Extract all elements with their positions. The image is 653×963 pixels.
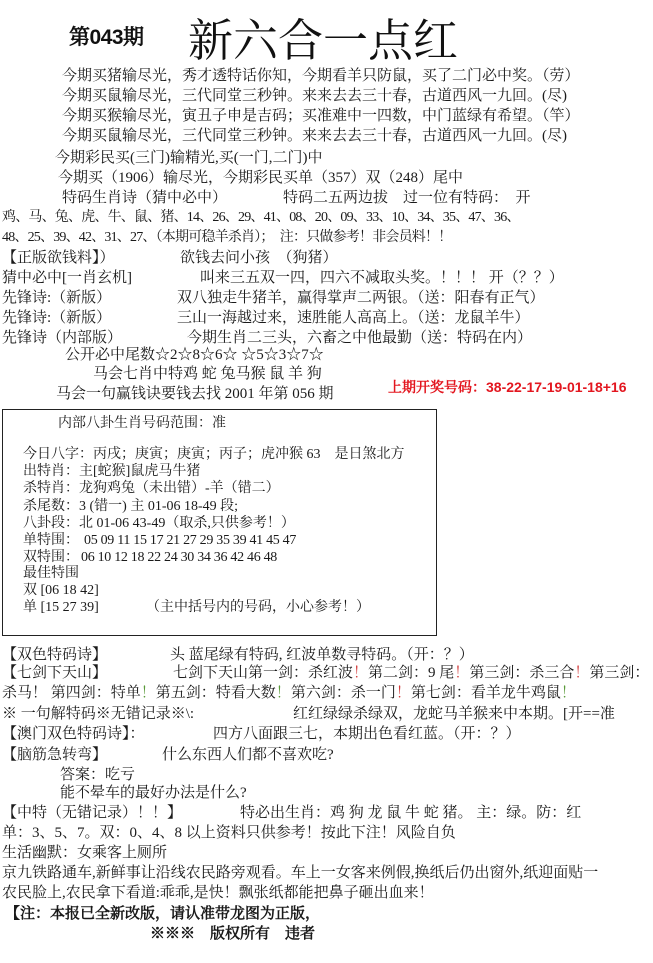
- bagua-note: （主中括号内的号码，小心参考！）: [146, 599, 370, 617]
- best-odd: 单 [15 27 39]: [23, 599, 99, 617]
- sword-text: 杀马！ 第四剑：特单: [2, 685, 141, 701]
- exclamation-mark: ！: [141, 685, 156, 701]
- poem-line: 今期买猪输尽光，秀才透特话你知，今期看羊只防鼠，买了二门必中奖。（劳）: [62, 67, 580, 85]
- best-even: 双 [06 18 42]: [23, 582, 99, 600]
- sword-text: 第二剑：9 尾: [368, 665, 454, 681]
- odd-range-label: 单特围：: [23, 532, 79, 550]
- exclamation-mark: ！: [574, 665, 589, 681]
- bagua-row: 今日八字：丙戌；庚寅；庚寅；丙子；虎冲猴 63 是日煞北方: [23, 446, 405, 464]
- exclamation-mark: ！: [276, 685, 291, 701]
- exclamation-mark: ！: [561, 685, 576, 701]
- seven-swords-line-2: 杀马！ 第四剑：特单！第五剑：特看大数！第六剑：杀一门！第七剑：看羊龙牛鸡鼠！: [2, 684, 576, 702]
- code-phrase-label: ※ 一句解特码※无错记录※\:: [2, 705, 194, 723]
- issue-number: 第043期: [69, 25, 144, 51]
- footer-copyright: ※※※ 版权所有 违者: [150, 925, 315, 943]
- money-label: 【正版欲钱料】）: [2, 249, 115, 267]
- intro-line-1: 今期彩民买(三门)输精光,买(一门,二门)中: [55, 149, 322, 167]
- guess-text: 叫来三五双一四，四六不减取头奖。！！！ 开（？？）: [200, 269, 564, 287]
- last-draw-label: 上期开奖号码：: [388, 379, 486, 395]
- pioneer-text: 双八独走牛猪羊，赢得掌声二两银。（送：阳春有正气）: [177, 289, 545, 307]
- bagua-row: 杀尾数：3 (错一) 主 01-06 18-49 段;: [23, 498, 238, 516]
- pioneer-text: 三山一海越过来，速胜能人高高上。（送：龙鼠羊牛）: [177, 309, 530, 327]
- bagua-title: 内部八卦生肖号码范围：准: [58, 415, 226, 433]
- sword-text: 七剑下天山第一剑：杀红波: [173, 665, 353, 681]
- last-draw-result: 上期开奖号码：38-22-17-19-01-18+16: [388, 378, 627, 396]
- poem-line: 今期买猴输尽光，寅丑子申是吉码；买准难中一四数，中门蓝绿有希望。（竿）: [62, 107, 580, 125]
- sword-text: 第五剑：特看大数: [156, 685, 276, 701]
- exclamation-mark: ！: [454, 665, 469, 681]
- code-phrase-text: 红红绿绿杀绿双，龙蛇马羊猴来中本期。[开==准: [293, 705, 615, 723]
- poem-line: 今期买鼠输尽光，三代同堂三秒钟。来来去去三十春，古道西风一九回。(尽): [62, 87, 567, 105]
- macau-poem-label: 【澳门双色特码诗】：: [2, 725, 145, 743]
- humor-line-1: 京九铁路通车,新鲜事让沿线农民路旁观看。车上一女客来例假,换纸后仍出窗外,纸迎面…: [2, 864, 598, 882]
- guess-label: 猜中必中[一肖玄机]: [2, 269, 132, 287]
- tail-numbers: 公开必中尾数☆2☆8☆6☆ ☆5☆3☆7☆: [65, 346, 324, 364]
- riddle-question-2: 能不晕车的最好办法是什么?: [60, 784, 247, 802]
- bagua-row: 八卦段：北 01-06 43-49（取杀,只供参考！）: [23, 515, 295, 533]
- seven-zodiac: 马会七肖中特鸡 蛇 兔马猴 鼠 羊 狗: [93, 365, 322, 383]
- odd-range-numbers: 05 09 11 15 17 21 27 29 35 39 41 45 47: [84, 532, 296, 550]
- numbers-line-1: 鸡、马、兔、虎、牛、鼠、猪、14、26、29、41、08、20、09、33、10…: [2, 209, 520, 227]
- bagua-row: 杀特肖：龙狗鸡兔（未出错）-羊（错二）: [23, 480, 280, 498]
- numbers-line-2: 48、25、39、42、31、27、（本期可稳羊杀肖）； 注：只做参考！非会员料…: [2, 229, 451, 247]
- pioneer-label: 先锋诗（内部版）: [2, 329, 122, 347]
- money-text: 欲钱去问小孩 （狗猪）: [180, 249, 338, 267]
- sword-text: 第三剑：: [589, 665, 649, 681]
- best-range-label: 最佳特围: [23, 565, 79, 583]
- macau-poem-text: 四方八面跟三七，本期出色看红蓝。（开：？）: [213, 725, 521, 743]
- riddle-answer: 答案：吃亏: [60, 766, 135, 784]
- special-label: 【中特（无错记录）！！】: [2, 804, 182, 822]
- riddle-question: 什么东西人们都不喜欢吃?: [162, 746, 334, 764]
- pioneer-label: 先锋诗:（新版）: [2, 309, 111, 327]
- intro-line-2: 今期买（1906）输尽光，今期彩民买单（357）双（248）尾中: [58, 169, 463, 187]
- pioneer-text: 今期生肖二三头，六畜之中他最勤（送：特码在内）: [187, 329, 532, 347]
- footer-notice: 【注：本报已全新改版，请认准带龙图为正版，: [5, 905, 320, 923]
- sword-text: 第三剑：杀三合: [469, 665, 574, 681]
- zodiac-poem-text: 特码二五两边拔 过一位有特码： 开: [283, 189, 531, 207]
- pioneer-label: 先锋诗:（新版）: [2, 289, 111, 307]
- exclamation-mark: ！: [353, 665, 368, 681]
- last-draw-numbers: 38-22-17-19-01-18+16: [486, 379, 627, 395]
- color-poem-text: 头 蓝尾绿有特码, 红波单数寻特码。（开：？）: [170, 646, 474, 664]
- humor-title: 生活幽默：女乘客上厕所: [2, 844, 167, 862]
- bagua-box: 内部八卦生肖号码范围：准 今日八字：丙戌；庚寅；庚寅；丙子；虎冲猴 63 是日煞…: [2, 409, 437, 636]
- sword-text: 第六剑：杀一门: [291, 685, 396, 701]
- special-line-2: 单：3、5、7。双：0、4、8 以上资料只供参考！按此下注！风险自负: [2, 824, 456, 842]
- one-phrase: 马会一句赢钱诀要钱去找 2001 年第 056 期: [56, 385, 334, 403]
- humor-line-2: 农民脸上,农民拿下看道:乖乖,是快！飘张纸都能把鼻子砸出血来！: [2, 884, 434, 902]
- sword-text: 第七剑：看羊龙牛鸡鼠: [411, 685, 561, 701]
- page-title: 新六合一点红: [188, 14, 458, 68]
- seven-swords-label: 【七剑下天山】: [2, 664, 107, 682]
- even-range-numbers: 06 10 12 18 22 24 30 34 36 42 46 48: [81, 549, 277, 567]
- bagua-row: 出特肖：主[蛇猴]鼠虎马牛猪: [23, 463, 200, 481]
- poem-line: 今期买鼠输尽光，三代同堂三秒钟。来来去去三十春，古道西风一九回。(尽): [62, 127, 567, 145]
- special-text: 特必出生肖：鸡 狗 龙 鼠 牛 蛇 猪。 主：绿。防：红: [240, 804, 581, 822]
- zodiac-poem-label: 特码生肖诗（猜中必中）: [62, 189, 227, 207]
- color-poem-label: 【双色特码诗】: [2, 646, 107, 664]
- seven-swords-line-1: 七剑下天山第一剑：杀红波！第二剑：9 尾！第三剑：杀三合！第三剑：: [173, 664, 649, 682]
- exclamation-mark: ！: [396, 685, 411, 701]
- riddle-label: 【脑筋急转弯】: [2, 746, 107, 764]
